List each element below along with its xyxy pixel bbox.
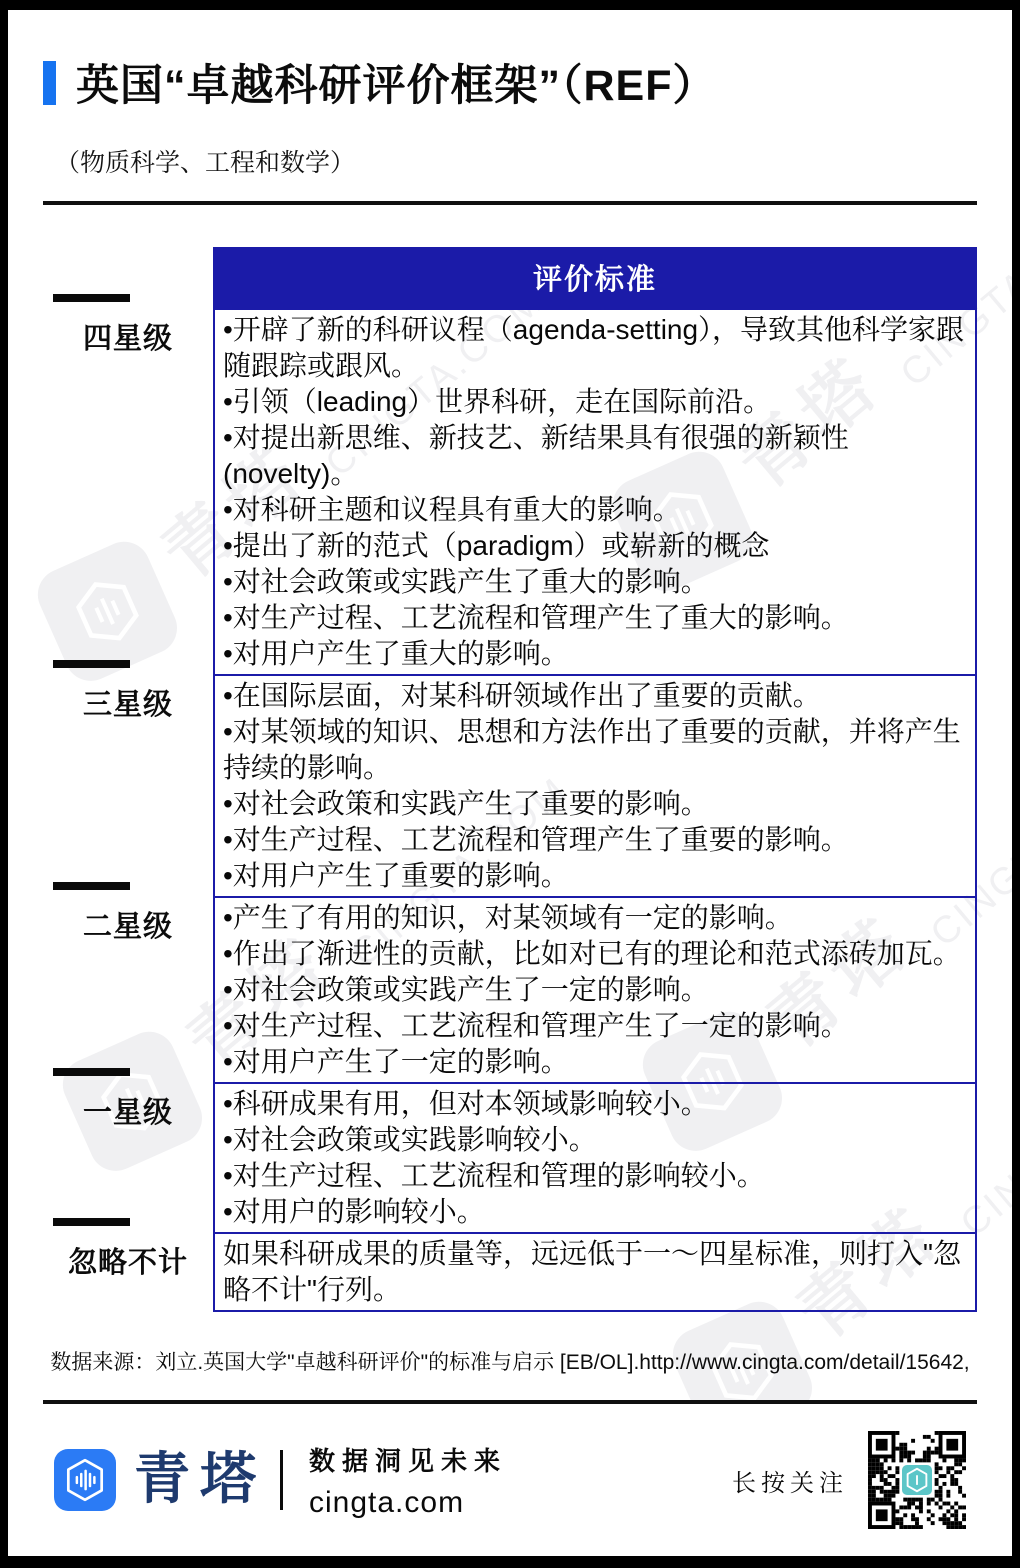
cingta-logo-icon <box>54 1449 116 1511</box>
criterion-item: •开辟了新的科研议程（agenda-setting），导致其他科学家跟随跟踪或跟… <box>223 312 967 384</box>
follow-hint: 长按关注 <box>732 1463 848 1498</box>
row-label: 一星级 <box>43 1090 213 1131</box>
page-header: 英国“卓越科研评价框架”（REF） （物质科学、工程和数学） <box>8 10 1012 205</box>
table-row: 四星级•开辟了新的科研议程（agenda-setting），导致其他科学家跟随跟… <box>43 308 977 676</box>
criterion-item: •对用户产生了一定的影响。 <box>223 1044 967 1080</box>
ref-table: 评价标准 四星级•开辟了新的科研议程（agenda-setting），导致其他科… <box>43 247 977 1312</box>
criterion-item: •引领（leading）世界科研，走在国际前沿。 <box>223 384 967 420</box>
page-content: 英国“卓越科研评价框架”（REF） （物质科学、工程和数学） 评价标准 四星级•… <box>8 10 1012 1556</box>
criteria-cell: •科研成果有用，但对本领域影响较小。•对社会政策或实践影响较小。•对生产过程、工… <box>213 1082 977 1234</box>
criterion-item: •对社会政策或实践影响较小。 <box>223 1122 967 1158</box>
brand-name: 青塔 <box>134 1452 266 1508</box>
criterion-item: •对用户产生了重要的影响。 <box>223 858 967 894</box>
row-label-cell: 二星级 <box>43 896 213 1084</box>
criterion-item: •对某领域的知识、思想和方法作出了重要的贡献，并将产生持续的影响。 <box>223 714 967 786</box>
criterion-item: •对提出新思维、新技艺、新结果具有很强的新颖性(novelty)。 <box>223 420 967 492</box>
source-note: 数据来源：刘立.英国大学"卓越科研评价"的标准与启示 [EB/OL].http:… <box>43 1346 977 1376</box>
row-dash <box>53 882 130 890</box>
page-subtitle: （物质科学、工程和数学） <box>55 143 977 179</box>
table-header-row: 评价标准 <box>43 247 977 308</box>
row-label: 三星级 <box>43 682 213 723</box>
qr-code <box>868 1431 966 1529</box>
row-label-cell: 四星级 <box>43 308 213 676</box>
row-label: 四星级 <box>43 316 213 357</box>
criterion-item: •对用户的影响较小。 <box>223 1194 967 1230</box>
criterion-item: •作出了渐进性的贡献，比如对已有的理论和范式添砖加瓦。 <box>223 936 967 972</box>
row-dash <box>53 1068 130 1076</box>
top-rule <box>43 201 977 205</box>
criterion-item: •对社会政策或实践产生了一定的影响。 <box>223 972 967 1008</box>
row-dash <box>53 1218 130 1226</box>
criteria-cell: •在国际层面，对某科研领域作出了重要的贡献。•对某领域的知识、思想和方法作出了重… <box>213 674 977 898</box>
criterion-item: •对生产过程、工艺流程和管理产生了一定的影响。 <box>223 1008 967 1044</box>
criteria-cell: 如果科研成果的质量等，远远低于一～四星标准，则打入"忽略不计"行列。 <box>213 1232 977 1312</box>
criterion-item: •对社会政策或实践产生了重大的影响。 <box>223 564 967 600</box>
slogan-group: 数据洞见未来 cingta.com <box>309 1441 507 1520</box>
footer-divider <box>280 1450 283 1510</box>
criteria-cell: •开辟了新的科研议程（agenda-setting），导致其他科学家跟随跟踪或跟… <box>213 308 977 676</box>
criterion-item: •科研成果有用，但对本领域影响较小。 <box>223 1086 967 1122</box>
criterion-item: •对用户产生了重大的影响。 <box>223 636 967 672</box>
row-dash <box>53 660 130 668</box>
follow-group: 长按关注 <box>732 1431 966 1529</box>
page-title: 英国“卓越科研评价框架”（REF） <box>76 52 717 113</box>
page-footer: 青塔 数据洞见未来 cingta.com 长按关注 <box>8 1404 1012 1556</box>
criterion-item: •产生了有用的知识，对某领域有一定的影响。 <box>223 900 967 936</box>
criterion-item: •提出了新的范式（paradigm）或崭新的概念 <box>223 528 967 564</box>
table-row: 忽略不计如果科研成果的质量等，远远低于一～四星标准，则打入"忽略不计"行列。 <box>43 1232 977 1312</box>
row-label-cell: 忽略不计 <box>43 1232 213 1312</box>
footer-slogan: 数据洞见未来 <box>309 1441 507 1478</box>
row-label: 忽略不计 <box>43 1240 213 1281</box>
criteria-cell: •产生了有用的知识，对某领域有一定的影响。•作出了渐进性的贡献，比如对已有的理论… <box>213 896 977 1084</box>
row-label-cell: 一星级 <box>43 1082 213 1234</box>
criterion-item: •对生产过程、工艺流程和管理产生了重要的影响。 <box>223 822 967 858</box>
criterion-item: •在国际层面，对某科研领域作出了重要的贡献。 <box>223 678 967 714</box>
bottom-block: 青塔 数据洞见未来 cingta.com 长按关注 <box>8 1378 1012 1556</box>
row-label: 二星级 <box>43 904 213 945</box>
table-row: 一星级•科研成果有用，但对本领域影响较小。•对社会政策或实践影响较小。•对生产过… <box>43 1082 977 1234</box>
footer-website: cingta.com <box>309 1486 507 1520</box>
brand-group: 青塔 数据洞见未来 cingta.com <box>54 1441 507 1520</box>
criterion-item: •对生产过程、工艺流程和管理的影响较小。 <box>223 1158 967 1194</box>
table-row: 二星级•产生了有用的知识，对某领域有一定的影响。•作出了渐进性的贡献，比如对已有… <box>43 896 977 1084</box>
title-row: 英国“卓越科研评价框架”（REF） <box>43 52 977 113</box>
table-row: 三星级•在国际层面，对某科研领域作出了重要的贡献。•对某领域的知识、思想和方法作… <box>43 674 977 898</box>
table-header-cell: 评价标准 <box>213 247 977 308</box>
criterion-item: •对生产过程、工艺流程和管理产生了重大的影响。 <box>223 600 967 636</box>
qr-center-logo-icon <box>902 1465 932 1495</box>
row-label-cell: 三星级 <box>43 674 213 898</box>
row-dash <box>53 294 130 302</box>
title-accent-bar <box>43 61 56 105</box>
criterion-item: •对社会政策和实践产生了重要的影响。 <box>223 786 967 822</box>
page-frame: 青塔CINGTA.COM青塔CINGTA.COM青塔CINGTA.COM青塔CI… <box>0 0 1020 1568</box>
criterion-item: 如果科研成果的质量等，远远低于一～四星标准，则打入"忽略不计"行列。 <box>223 1236 967 1308</box>
criterion-item: •对科研主题和议程具有重大的影响。 <box>223 492 967 528</box>
table-body: 四星级•开辟了新的科研议程（agenda-setting），导致其他科学家跟随跟… <box>43 308 977 1312</box>
